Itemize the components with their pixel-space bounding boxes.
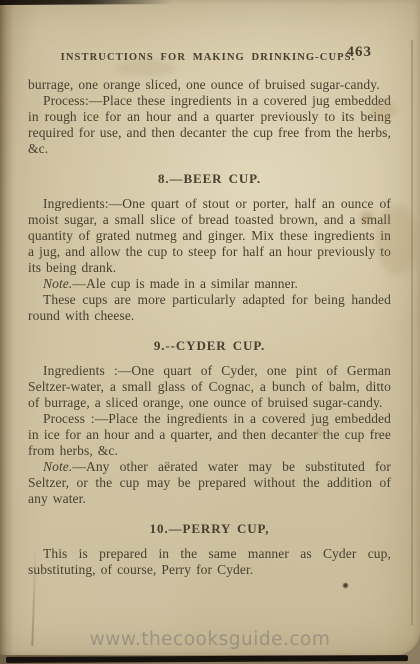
body-paragraph: Process:—Place these ingredients in a co… xyxy=(28,93,391,157)
page-edge-left-shading xyxy=(0,0,14,655)
body-paragraph: Ingredients:—One quart of stout or porte… xyxy=(28,196,391,276)
scan-shadow-bottom xyxy=(6,655,408,663)
page-stain xyxy=(360,212,374,223)
page-stain xyxy=(370,100,396,120)
section-heading: 10.—PERRY CUP, xyxy=(28,521,391,537)
body-paragraph: These cups are more particularly adapted… xyxy=(28,292,391,324)
section-heading: 8.—BEER CUP. xyxy=(28,171,391,187)
page-edge-right-line xyxy=(411,40,413,625)
scanned-book-page: INSTRUCTIONS FOR MAKING DRINKING-CUPS. 4… xyxy=(0,0,420,664)
watermark-text: www.thecooksguide.com xyxy=(0,629,420,650)
page-header: INSTRUCTIONS FOR MAKING DRINKING-CUPS. 4… xyxy=(30,47,386,63)
body-paragraph: This is prepared in the same manner as C… xyxy=(28,546,391,578)
note-lead: Note. xyxy=(43,459,72,474)
body-paragraph: Process :—Place the ingredients in a cov… xyxy=(28,411,391,459)
running-title: INSTRUCTIONS FOR MAKING DRINKING-CUPS. xyxy=(61,52,356,63)
page-stain xyxy=(314,428,324,436)
body-paragraph: Note.—Ale cup is made in a similar manne… xyxy=(28,276,391,292)
body-paragraph: Note.—Any other aërated water may be sub… xyxy=(28,459,391,507)
page-content: burrage, one orange sliced, one ounce of… xyxy=(28,77,391,578)
page-number: 463 xyxy=(347,44,373,61)
body-paragraph: burrage, one orange sliced, one ounce of… xyxy=(28,77,391,93)
section-heading: 9.--CYDER CUP. xyxy=(28,338,391,354)
note-lead: Note. xyxy=(43,276,72,291)
body-paragraph: Ingredients :—One quart of Cyder, one pi… xyxy=(28,363,391,411)
ink-spot xyxy=(343,583,348,588)
page-surface: INSTRUCTIONS FOR MAKING DRINKING-CUPS. 4… xyxy=(0,0,420,655)
